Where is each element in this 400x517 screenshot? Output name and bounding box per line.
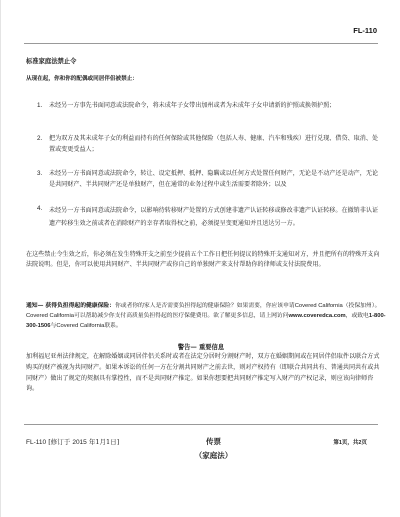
section-title: 标准家庭法禁止令 <box>26 57 76 67</box>
warning-title: 警告— 重要信息 <box>1 342 400 351</box>
item-number: 1. <box>37 101 42 112</box>
item-text: 未经另一方书面同意或法院命令，以影响待转移财产处置的方式创建非遗产认证转移或修改… <box>49 204 382 230</box>
item-text: 未经另一方事先书面同意或法院命令，将未成年子女带出加州或者为未成年子女申请新的护… <box>49 101 382 112</box>
item-number: 2. <box>37 134 42 145</box>
brand-name: Covered California <box>295 303 343 309</box>
header-divider <box>24 43 378 44</box>
item-number: 4. <box>37 204 42 215</box>
item-text: 未经另一方书面同意或法院命令，转让、设定抵押、抵押、隐瞒或以任何方式处置任何财产… <box>49 169 382 190</box>
list-item: 2. 把为双方及其未成年子女的利益而持有的任何保险或其他保险（包括人寿、健康、汽… <box>37 134 382 155</box>
section-intro: 从现在起，你和你的配偶或同居伴侣被禁止： <box>26 74 138 84</box>
form-id: FL-110 <box>353 26 377 35</box>
notice-label: 通知— 获得负担得起的健康保险： <box>26 303 115 309</box>
list-item: 3. 未经另一方书面同意或法院命令，转让、设定抵押、抵押、隐瞒或以任何方式处置任… <box>37 169 382 190</box>
page-indicator: 第1页，共2页 <box>333 438 367 446</box>
item-number: 3. <box>37 169 42 180</box>
warning-text: 加利福尼亚州法律规定，在解除婚姻或同居伴侣关系时或者在法定分居时分割财产时，双方… <box>26 352 381 395</box>
footer-divider <box>24 424 378 425</box>
document-page: FL-110 标准家庭法禁止令 从现在起，你和你的配偶或同居伴侣被禁止： 1. … <box>0 0 400 517</box>
website-link[interactable]: www.coveredca.com <box>289 313 346 319</box>
document-subtitle: （家庭法） <box>1 449 400 463</box>
special-expense-paragraph: 在这些禁止令生效之后，你必须在发生特殊开支之前至少提前五个工作日把任何提议的特殊… <box>26 250 381 270</box>
list-item: 1. 未经另一方事先书面同意或法院命令，将未成年子女带出加州或者为未成年子女申请… <box>37 101 382 112</box>
item-text: 把为双方及其未成年子女的利益而持有的任何保险或其他保险（包括人寿、健康、汽车和残… <box>49 134 382 155</box>
brand-name: Covered California <box>26 313 74 319</box>
health-insurance-notice: 通知— 获得负担得起的健康保险：你或者你的家人是否需要负担得起的健康保险？如果需… <box>26 301 386 331</box>
brand-name: Covered California <box>56 323 104 329</box>
list-item: 4. 未经另一方书面同意或法院命令，以影响待转移财产处置的方式创建非遗产认证转移… <box>37 204 382 230</box>
